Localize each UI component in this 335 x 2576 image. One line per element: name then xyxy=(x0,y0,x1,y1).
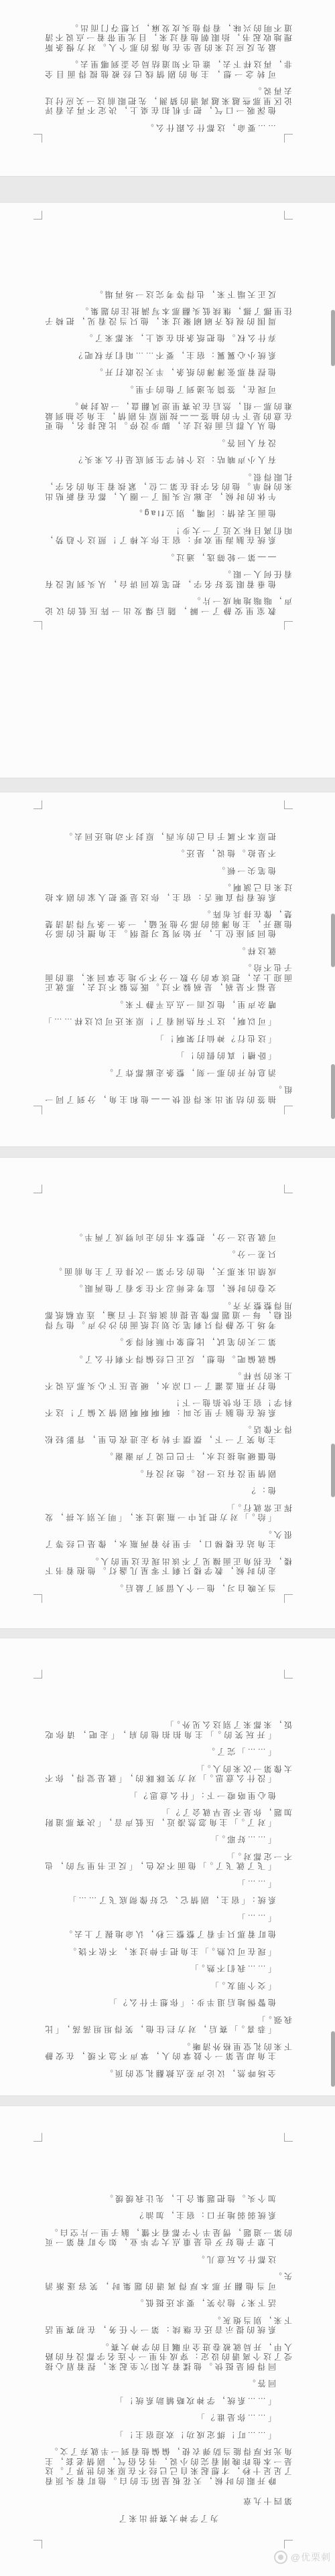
weibo-watermark: @优栗刺 xyxy=(274,2551,331,2564)
text-boundary-corner-mark xyxy=(33,1106,42,1114)
paragraph: 可转念一想，主角的剧情线已经被他搅得面目全非，再这样下去，谁也不知道结局会歪到哪… xyxy=(43,60,292,79)
paragraph: 「对了。」主角忽然凑近，压低声音，「决赛那道附加题，你是不是早就会了？」 xyxy=(43,1808,292,1827)
paragraph: 他垂着眼签好名字，把笔放回讲台，从头到尾没有看任何人一眼。 xyxy=(43,570,292,589)
text-boundary-corner-mark xyxy=(284,2133,293,2142)
text-boundary-corner-mark xyxy=(33,1594,42,1603)
paragraph: 系统的提示音还在继续：第一个任务，在初赛里活下来，别当炮灰。 xyxy=(43,2316,292,2335)
paragraph: 他回到座位上，开始列复习提纲。主角擅长的部分他避开，主角薄弱的部分他死磕，一条一… xyxy=(43,910,292,939)
text-boundary-corner-mark xyxy=(284,1670,293,1679)
paragraph: 走的时候，教学楼只剩下零星几盏灯。他抱着书下楼，在拐角正面撞见了不该出现在这里的… xyxy=(43,1557,292,1576)
flipped-text-block: 抽签的结果出来得很快——他和主角，分到了同一组。消息传开的那一刻，整条走廊都炸了… xyxy=(43,820,292,1104)
paragraph: 他心里咯噔一下：「什么意思？」 xyxy=(43,1791,292,1801)
document-canvas: ……要命，这都什么跟什么。他深吸一口气，把手机扣在桌上，决定不再去看评论区里那些… xyxy=(0,0,335,2576)
paragraph: 系统：「宿主，剧情它、它好像彻底飞了……」 xyxy=(43,1895,292,1905)
text-boundary-corner-mark xyxy=(33,1185,42,1193)
paragraph: 没有人回答。 xyxy=(43,438,292,448)
text-boundary-corner-mark xyxy=(33,211,42,220)
paragraph: 「交个朋友。」 xyxy=(43,1981,292,1991)
paragraph: 他拧开瓶盖灌了一口凉水，硬是压下心头那点说不上来的异样。 xyxy=(43,1371,292,1391)
paragraph: 可就是这一分，把整本书的走向劈成了两半。 xyxy=(43,1233,292,1243)
paragraph: 他从人群后面绕过去，脚步没停。比起排名，他更在意的是下午的抽签——按照原书剧情，… xyxy=(43,402,292,431)
paragraph: 午休的时候，走廊尽头围了一圈人，都在看新贴出来的榜单。他的名字挂在第二位，紧挨着… xyxy=(43,473,292,502)
paragraph: 就这样。 xyxy=(43,946,292,956)
paragraph: 「……叮！绑定成功！欢迎宿主！」 xyxy=(43,2430,292,2440)
paragraph: 系统小心翼翼：宿主，要不……咱们弃权吧？ xyxy=(43,351,292,361)
document-page: 教室里安静了一瞬，随后爆发出一阵压低的议论声，嗡嗡地响成一片。他垂着眼签好名字，… xyxy=(0,203,335,778)
paragraph: 「飞了就飞了。」他面不改色，「反正书里写的，也不一定都对。」 xyxy=(43,1852,292,1871)
flipped-text-block: 为了学神大赛拼出来了第四十九章睁开眼的时候，天花板是陌生的白。他盯着头顶看了足足… xyxy=(43,2162,292,2523)
text-boundary-corner-mark xyxy=(33,1670,42,1679)
paragraph: 他僵硬地接过水，干巴巴说了声谢谢。 xyxy=(43,1452,292,1462)
text-boundary-corner-mark xyxy=(284,211,293,220)
page-gap xyxy=(0,2095,335,2106)
paragraph: 嘈杂声里，他反而一点点平静下来。 xyxy=(43,1000,292,1010)
paragraph: 成绩出来那天，他的名字第一次排在了主角前面。 xyxy=(43,1267,292,1277)
paragraph: 他面无表情：闭嘴，别立flag。 xyxy=(43,509,292,519)
scrollbar-thumb[interactable] xyxy=(331,914,335,967)
paragraph: 他：？ xyxy=(43,1486,292,1496)
paragraph: 系统在脑海里欢呼：宿主你太棒了！照这个趋势，咱们离目标又近了一大步！ xyxy=(43,526,292,545)
paragraph: 弃什么权。他把纸条拍在桌上，来都来了。 xyxy=(43,333,292,343)
paragraph: 只差一分。 xyxy=(43,1250,292,1260)
text-boundary-corner-mark xyxy=(284,1106,293,1114)
paragraph: 「开玩笑的。」主角拍拍他的肩，「走吧，请你吃饭，来都来了别这么见外。」 xyxy=(43,1720,292,1739)
paragraph: 可当他翻开那本厚得离谱的题集时，笑容逐渐消失。 xyxy=(43,2271,292,2291)
page-gap xyxy=(0,1628,335,1638)
text-boundary-corner-mark xyxy=(33,134,42,143)
text-boundary-corner-mark xyxy=(33,800,42,809)
paragraph: 把原本不属于自己的东西，原封不动地还回去。 xyxy=(43,832,292,842)
document-page: 全场哗然，议论声差点掀翻礼堂的顶。主角却是第一个鼓掌的人，掌声不急不缓，在安静下… xyxy=(0,1638,335,2095)
paragraph: 活下来？他冷笑，要求还挺低。 xyxy=(43,2298,292,2308)
text-boundary-corner-mark xyxy=(284,2540,293,2549)
text-boundary-corner-mark xyxy=(33,621,42,630)
document-page: 抽签的结果出来得很快——他和主角，分到了同一组。消息传开的那一刻，整条走廊都炸了… xyxy=(0,792,335,1146)
paragraph: 上辈子他好歹也是重点大学毕业，如今盯着第一页的第一道题，愣是半个字都看不懂，脑子… xyxy=(43,2228,292,2247)
paragraph: 主角却是第一个鼓掌的人，掌声不急不缓，在安静下来的礼堂里格外清晰。 xyxy=(43,2042,292,2061)
paragraph: 「……」 xyxy=(43,1913,292,1923)
paragraph: 消息传开的那一刻，整条走廊都炸了。 xyxy=(43,1068,292,1078)
paragraph: 周围的视线齐刷刷聚过来，他只当没看见，把椅子往里挪了挪，继续低头翻那本写满批注的… xyxy=(43,307,292,326)
paragraph: 回答。 xyxy=(43,2379,292,2389)
text-boundary-corner-mark xyxy=(284,1594,293,1603)
document-page: ……要命，这都什么跟什么。他深吸一口气，把手机扣在桌上，决定不再去看评论区里那些… xyxy=(0,0,335,176)
paragraph: 「……系统，学神攻略辅助系统！」 xyxy=(43,2396,292,2406)
paragraph: 「给。」对方把其中一瓶递过来，「明天别太拼，发挥正常就行。」 xyxy=(43,1503,292,1523)
paragraph: 当天晚自习，他一个人留到了最后。 xyxy=(43,1583,292,1594)
scrollbar-thumb[interactable] xyxy=(331,2031,335,2087)
paragraph: 不是抢。他说，是还。 xyxy=(43,849,292,859)
paragraph: 「……好耶。」 xyxy=(43,1834,292,1844)
paragraph: 「……」 xyxy=(43,1879,292,1889)
paragraph: 教室里安静了一瞬，随后爆发出一阵压低的议论声，嗡嗡地响成一片。 xyxy=(43,596,292,616)
paragraph: 「可以啊，这下有热闹看了！原来还可以这样……」 xyxy=(43,1017,292,1027)
paragraph: 系统看得直咂舌：宿主，你这是要把人家的剧本抢过来自己演啊。 xyxy=(43,883,292,902)
text-boundary-corner-mark xyxy=(284,134,293,143)
text-boundary-corner-mark xyxy=(33,2540,42,2549)
paragraph: 回得倒是挺快。他揉着太阳穴坐起来，捏着眉心接受了这个离谱的设定：穿成书里一个连名… xyxy=(43,2342,292,2372)
paragraph: 有人小声嘀咕：这个转学生到底是什么来头？ xyxy=(43,455,292,465)
page-gap xyxy=(0,778,335,792)
paragraph: 反正天塌下来，也得等考完这一场再塌。 xyxy=(43,290,292,300)
paragraph: 第二天的笔试，比想象中顺利得多。 xyxy=(43,1337,292,1347)
page-gap xyxy=(0,176,335,203)
paragraph: 「……我们不熟。」 xyxy=(43,1964,292,1974)
paragraph: ——第一轮筛选，通过。 xyxy=(43,553,292,563)
paragraph: 他笔尖一顿。 xyxy=(43,866,292,876)
paragraph: 他深吸一口气，把手机扣在桌上，决定不再去看评论区里那些越来越离谱的猜测，先把眼前… xyxy=(43,86,292,116)
document-page: 当天晚自习，他一个人留到了最后。走的时候，教学楼只剩下零星几盏灯。他抱着书下楼，… xyxy=(0,1158,335,1628)
paragraph: 系统弱弱地开口：宿主，加油？ xyxy=(43,2211,292,2221)
paragraph: 这都什么玩意儿。 xyxy=(43,2255,292,2265)
paragraph: 最先反应过来的是坐在角落的那个人。对方慢条斯理地收起书，抬眼朝他看过来，目光里带… xyxy=(43,23,292,53)
paragraph: 系统在他脑子里尖叫：啊啊啊啊剧情又偏了！这不科学！宿主你快掐他一下！ xyxy=(43,1398,292,1418)
paragraph: 「这也行？神仙打架啊！」 xyxy=(43,1034,292,1044)
paragraph: 加个头。他把题集合上，先让我缓缓。 xyxy=(43,2194,292,2204)
paragraph: 抽签的结果出来得很快——他和主角，分到了同一组。 xyxy=(43,1085,292,1104)
chapter-number: 第四十九章 xyxy=(43,2496,292,2506)
text-boundary-corner-mark xyxy=(284,1185,293,1193)
scrollbar-thumb[interactable] xyxy=(331,310,335,366)
paragraph: 「卧槽！真的假的！」 xyxy=(43,1051,292,1061)
chapter-title: 为了学神大赛拼出来了 xyxy=(43,2514,292,2524)
paragraph: 全场哗然，议论声差点掀翻礼堂的顶。 xyxy=(43,2069,292,2079)
flipped-text-block: 当天晚自习，他一个人留到了最后。走的时候，教学楼只剩下零星几盏灯。他抱着书下楼，… xyxy=(43,1211,292,1593)
paragraph: 他捏着那张薄薄的纸条，半天没敢打开。 xyxy=(43,367,292,377)
paragraph: 他警惕地后退半步：「你想干什么？」 xyxy=(43,1998,292,2008)
paragraph: 考场上安静得只剩笔尖划过纸面的沙沙声。他写得很稳，每一道题都像是提前演练过千百遍… xyxy=(43,1301,292,1330)
scrollbar-thumb[interactable] xyxy=(331,1064,335,1119)
flipped-text-block: 教室里安静了一瞬，随后爆发出一阵压低的议论声，嗡嗡地响成一片。他垂着眼签好名字，… xyxy=(43,231,292,616)
paragraph: 「没什么意思。」对方笑眯眯的，「就是觉得，你不太像第一次来的人。」 xyxy=(43,1764,292,1784)
paragraph: 他盯着那只手看了整整三秒，认命地握了上去。 xyxy=(43,1929,292,1940)
watermark-text: @优栗刺 xyxy=(291,2551,331,2564)
paragraph: 主角站在楼梯口，手里拎着两瓶水，像是已经等了很久。 xyxy=(43,1530,292,1549)
paragraph: 剧情里没有这一段。绝对没有。 xyxy=(43,1469,292,1479)
paragraph: 睁开眼的时候，天花板是陌生的白。他盯着头顶看了足足十秒，才想起来自己已经不在原来… xyxy=(43,2447,292,2486)
paragraph: 主角笑了一下，摆摆手转身走进夜色里，背影轻松得不像话。 xyxy=(43,1425,292,1444)
scrollbar-thumb[interactable] xyxy=(331,1444,335,1497)
paragraph: 偏就偏吧。他想，反正已经偏得不剩什么了。 xyxy=(43,1355,292,1365)
weibo-logo-icon xyxy=(274,2551,287,2564)
flipped-text-block: 全场哗然，议论声差点掀翻礼堂的顶。主角却是第一个鼓掌的人，掌声不急不缓，在安静下… xyxy=(43,1693,292,2078)
paragraph: 是福不是祸，是祸躲不过。既然躲不过去，那就正面迎上去，把该拿的分数一分不少地全拿… xyxy=(43,963,292,993)
paragraph: 「……」完了。 xyxy=(43,1747,292,1757)
text-boundary-corner-mark xyxy=(284,621,293,630)
paragraph: ……要命，这都什么跟什么。 xyxy=(43,123,292,133)
paragraph: 「现在可以熟。」主角把手伸过来，不依不饶。 xyxy=(43,1947,292,1957)
paragraph: 「恭喜。」赛后，对方拦住他，笑得坦坦荡荡，「比我强。」 xyxy=(43,2015,292,2035)
text-boundary-corner-mark xyxy=(33,2133,42,2142)
paragraph: 可现在，签筒先递到了他的手里。 xyxy=(43,385,292,395)
paragraph: 「……你是谁？」 xyxy=(43,2413,292,2423)
page-gap xyxy=(0,1146,335,1158)
flipped-text-block: ……要命，这都什么跟什么。他深吸一口气，把手机扣在桌上，决定不再去看评论区里那些… xyxy=(43,0,292,133)
document-page: 为了学神大赛拼出来了第四十九章睁开眼的时候，天花板是陌生的白。他盯着头顶看了足足… xyxy=(0,2106,335,2576)
paragraph: 交卷的时候，监考老师忍不住多看了他两眼。 xyxy=(43,1284,292,1294)
text-boundary-corner-mark xyxy=(284,800,293,809)
